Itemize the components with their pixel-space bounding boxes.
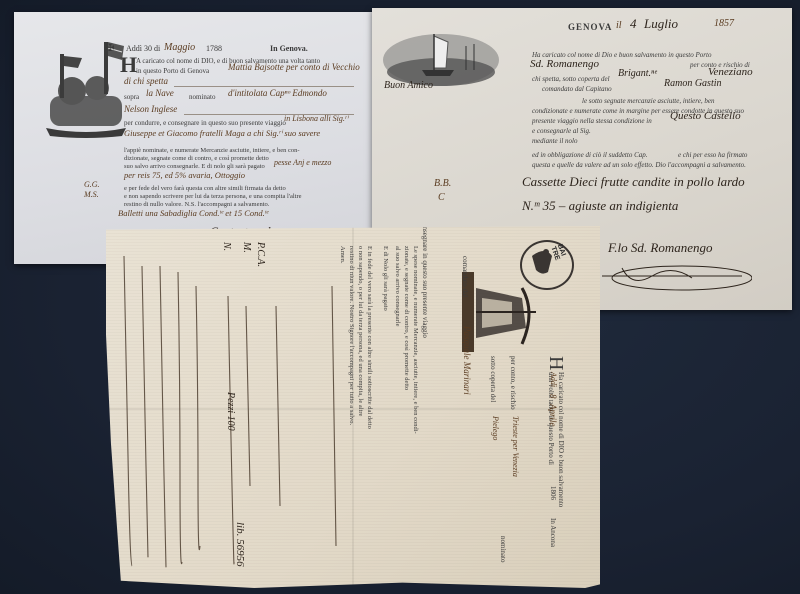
vessel-type-handwriting: Brigant.ⁿᵉ xyxy=(618,68,657,79)
printed-line: ed in obbligazione di ciò il suddetto Ca… xyxy=(532,150,648,160)
margin-mark: B.B. xyxy=(434,178,451,189)
shipper-handwriting: Mattia Bajsotte per conto di Vecchio xyxy=(228,62,360,72)
captain-handwriting-2: Nelson Inglese xyxy=(124,104,177,114)
printed-line: questa e quelle da valere ad un solo eff… xyxy=(532,160,746,170)
shipper-handwriting: Sd. Romanengo xyxy=(530,58,599,70)
margin-mark: G.G. xyxy=(84,180,100,189)
date-year: 1788 xyxy=(206,44,222,54)
bill-of-lading-ancona-1806: BAI TRE H Ha caricato col nome di DIO e … xyxy=(106,226,600,588)
date-year: 1857 xyxy=(714,18,734,29)
printed-line: in questo Porto di Genova xyxy=(136,66,209,76)
printed-line: per condurre, e consegnare in questo suo… xyxy=(124,118,286,128)
signature-flourish-icon xyxy=(592,260,752,296)
ship-woodcut-icon xyxy=(42,36,130,140)
vessel-handwriting: la Nave xyxy=(146,88,174,98)
printed-line: e chi per esso ha firmato xyxy=(678,150,747,160)
fill-line xyxy=(174,86,354,87)
vessel-name-handwriting: Veneziano xyxy=(708,66,753,78)
drop-cap: H xyxy=(120,54,137,76)
date-day: 4 xyxy=(630,16,637,32)
date-month: Maggio xyxy=(164,42,195,53)
vessel-name-handwriting-2: Buon Amico xyxy=(384,80,433,91)
cargo-handwriting: Cassette Dieci frutte candite in pollo l… xyxy=(522,174,745,190)
header-place: GENOVA xyxy=(568,22,612,32)
date-month: Luglio xyxy=(644,16,678,32)
captain-handwriting: d'intitolata Capⁿᵒ Edmondo xyxy=(228,88,327,98)
printed-line: le sotto segnate mercanzie asciutte, int… xyxy=(582,96,714,106)
printed-line: mediante il nolo xyxy=(532,136,578,146)
printed-line: chi spetta, sotto coperta del xyxy=(532,74,610,84)
printed-line: e consegnarle al Sig. xyxy=(532,126,591,136)
shipper-handwriting-2: di chi spetta xyxy=(124,76,168,86)
margin-mark: C xyxy=(438,192,445,203)
consignee-handwriting: Giuseppe et Giacomo fratelli Maga a chi … xyxy=(124,128,320,139)
cargo-handwriting: Balletti una Sabadiglia Cond.ᵗᵉ et 15 Co… xyxy=(118,208,268,218)
destination-handwriting: in Lisbona alli Sig.ʳⁱ xyxy=(284,114,348,123)
cross-symbol: ✠ xyxy=(106,44,114,54)
destination-handwriting: Questo Castello xyxy=(670,110,741,122)
freight-handwriting-2: per reis 75, ed 5% avaria, Ottoggio xyxy=(124,170,245,180)
shipper-signature: F.lo Sd. Romanengo xyxy=(608,240,712,256)
captain-handwriting: Ramon Gastin xyxy=(664,78,722,89)
printed-line: comandato dal Capitano xyxy=(542,84,612,94)
bill-of-lading-genoa-1788: ✠ Addì 30 di Maggio 1788 In Genova. H A … xyxy=(14,12,372,264)
date-place: In Genova. xyxy=(270,44,308,54)
freight-handwriting: pesse Anj e mezzo xyxy=(274,158,331,167)
printed-line: presente viaggio nella stessa condizione… xyxy=(532,116,652,126)
margin-mark: M.S. xyxy=(84,190,99,199)
handwritten-ink-columns xyxy=(106,226,600,588)
printed-line: nominato xyxy=(189,92,215,102)
date-prefix: il xyxy=(616,20,622,31)
printed-line: sopra xyxy=(124,92,139,102)
cargo-handwriting-2: N.ᵐ 35 – agiuste an indigienta xyxy=(522,198,678,214)
